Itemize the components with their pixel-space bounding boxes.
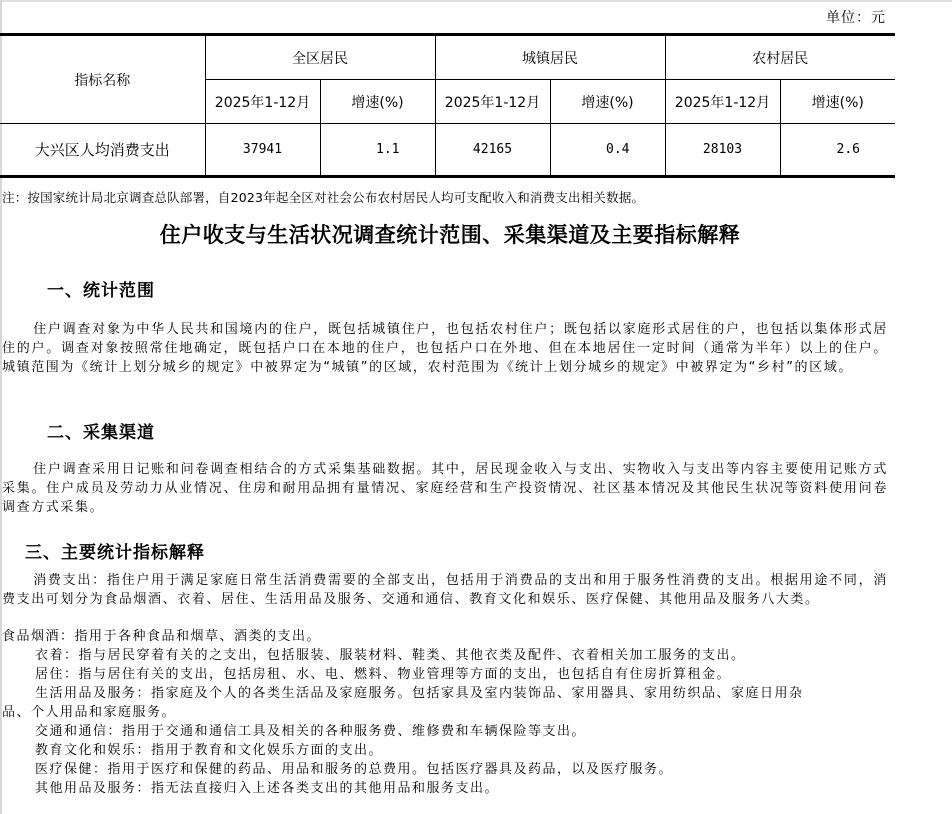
header-all-growth: 增速(%) xyxy=(320,80,435,124)
header-all-period: 2025年1-12月 xyxy=(205,80,320,124)
document-title: 住户收支与生活状况调查统计范围、采集渠道及主要指标解释 xyxy=(0,219,900,249)
table-header-row-1: 指标名称 全区居民 城镇居民 农村居民 xyxy=(0,35,895,80)
consumption-table: 指标名称 全区居民 城镇居民 农村居民 2025年1-12月 增速(%) 202… xyxy=(0,33,895,178)
section-title-channels: 二、采集渠道 xyxy=(47,418,155,443)
unit-label: 单位：元 xyxy=(826,7,886,27)
cell-rural-value: 28103 xyxy=(665,124,780,177)
indicator-clothing: 衣着：指与居民穿着有关的之支出，包括服装、服装材料、鞋类、其他衣类及配件、衣着相… xyxy=(35,646,746,665)
indicator-housing: 居住：指与居住有关的支出，包括房租、水、电、燃料、物业管理等方面的支出，也包括自… xyxy=(35,665,731,684)
header-rural-period: 2025年1-12月 xyxy=(665,80,780,124)
indicator-education: 教育文化和娱乐：指用于教育和文化娱乐方面的支出。 xyxy=(35,741,383,760)
cell-urban-growth: 0.4 xyxy=(550,124,665,177)
header-group-urban: 城镇居民 xyxy=(435,35,665,80)
cell-rural-growth: 2.6 xyxy=(780,124,895,177)
indicator-consumption: 消费支出：指住户用于满足家庭日常生活消费需要的全部支出，包括用于消费品的支出和用… xyxy=(2,571,888,609)
section-body-channels: 住户调查采用日记账和问卷调查相结合的方式采集基础数据。其中，居民现金收入与支出、… xyxy=(2,460,888,517)
indicator-food: 食品烟酒：指用于各种食品和烟草、酒类的支出。 xyxy=(2,627,321,646)
section-title-scope: 一、统计范围 xyxy=(47,276,155,301)
section-title-indicators: 三、主要统计指标解释 xyxy=(25,538,205,563)
indicator-transport: 交通和通信：指用于交通和通信工具及相关的各种服务费、维修费和车辆保险等支出。 xyxy=(35,722,586,741)
header-group-rural: 农村居民 xyxy=(665,35,895,80)
cell-urban-value: 42165 xyxy=(435,124,550,177)
frame-top-border xyxy=(0,0,952,2)
indicator-household-goods: 生活用品及服务：指家庭及个人的各类生活品及家庭服务。包括家具及室内装饰品、家用器… xyxy=(35,684,804,703)
indicator-other: 其他用品及服务：指无法直接归入上述各类支出的其他用品和服务支出。 xyxy=(35,779,499,798)
header-indicator-name: 指标名称 xyxy=(0,35,205,124)
table-note: 注：按国家统计局北京调查总队部署，自2023年起全区对社会公布农村居民人均可支配… xyxy=(2,188,644,206)
indicator-household-goods-cont: 品、个人用品和家庭服务。 xyxy=(2,703,176,722)
indicator-healthcare: 医疗保健：指用于医疗和保健的药品、用品和服务的总费用。包括医疗器具及药品，以及医… xyxy=(35,760,673,779)
section-body-scope: 住户调查对象为中华人民共和国境内的住户，既包括城镇住户，也包括农村住户；既包括以… xyxy=(2,320,888,377)
header-group-all: 全区居民 xyxy=(205,35,435,80)
header-urban-growth: 增速(%) xyxy=(550,80,665,124)
row-name: 大兴区人均消费支出 xyxy=(0,124,205,177)
header-rural-growth: 增速(%) xyxy=(780,80,895,124)
cell-all-growth: 1.1 xyxy=(320,124,435,177)
table-row: 大兴区人均消费支出 37941 1.1 42165 0.4 28103 2.6 xyxy=(0,124,895,177)
header-urban-period: 2025年1-12月 xyxy=(435,80,550,124)
cell-all-value: 37941 xyxy=(205,124,320,177)
